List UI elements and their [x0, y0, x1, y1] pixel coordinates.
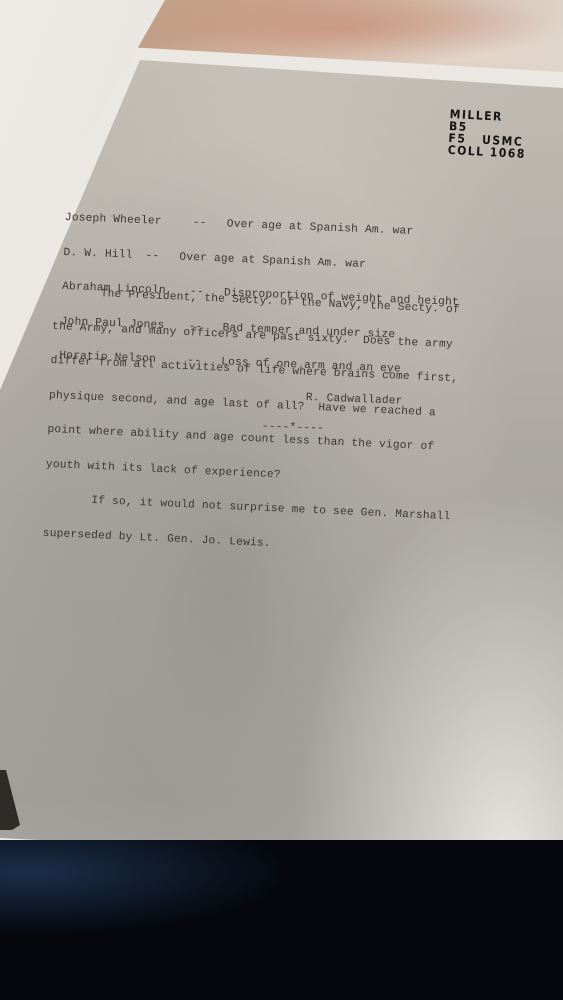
paragraph-line: differ from all activities of life where… — [50, 356, 458, 386]
paragraph-line: If so, it would not surprise me to see G… — [44, 494, 452, 524]
paragraph-line: The President, the Secty. of the Navy, t… — [53, 287, 461, 317]
body-paragraphs: The President, the Secty. of the Navy, t… — [41, 264, 462, 581]
separator: -- — [193, 218, 227, 231]
person-name: Joseph Wheeler — [65, 213, 193, 230]
separator: -- — [145, 251, 179, 264]
paragraph-line: superseded by Lt. Gen. Jo. Lewis. — [42, 528, 450, 558]
paragraph-line: youth with its lack of experience? — [46, 459, 454, 489]
person-note: Over age at Spanish Am. war — [179, 251, 366, 270]
paragraph-line: point where ability and age count less t… — [47, 425, 455, 455]
archive-stamp: MILLERB5F5 USMCCOLL 1068 — [447, 108, 528, 160]
person-note: Over age at Spanish Am. war — [227, 218, 414, 237]
paragraph-line: the Army, and many officers are past six… — [52, 321, 460, 351]
person-name: D. W. Hill — [63, 247, 145, 262]
end-mark: ----*---- — [262, 422, 325, 436]
list-item: Joseph Wheeler--Over age at Spanish Am. … — [65, 213, 462, 240]
typed-letter: MILLERB5F5 USMCCOLL 1068 Joseph Wheeler-… — [0, 0, 563, 1000]
stamp-line: COLL 1068 — [447, 144, 526, 160]
